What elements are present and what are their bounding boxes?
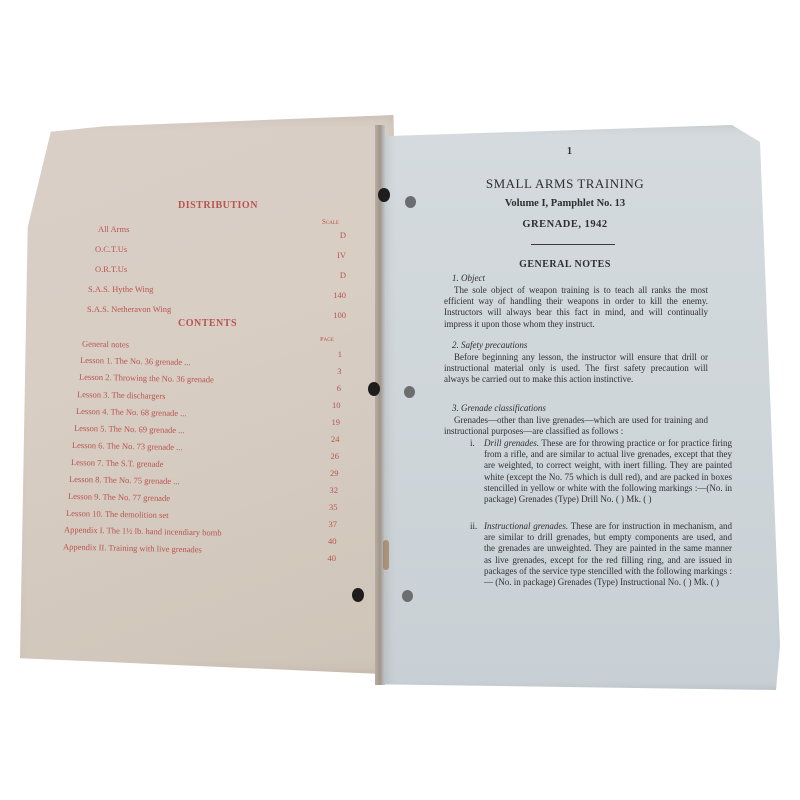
section-title: GENERAL NOTES bbox=[440, 259, 690, 270]
section-text-safety: Before beginning any lesson, the instruc… bbox=[444, 352, 708, 386]
contents-row-page: 29 bbox=[309, 468, 339, 478]
distribution-row-label: All Arms bbox=[98, 224, 129, 234]
contents-row-page: 1 bbox=[312, 349, 342, 359]
contents-row-page: 24 bbox=[310, 434, 340, 444]
contents-row-label: Lesson 10. The demolition set bbox=[66, 508, 169, 520]
open-pamphlet: DISTRIBUTION Scale All ArmsDO.C.T.UsIVO.… bbox=[0, 0, 800, 800]
distribution-row-label: O.C.T.Us bbox=[95, 244, 127, 254]
punch-hole bbox=[402, 590, 413, 602]
section-heading-object: 1. Object bbox=[452, 273, 485, 283]
distribution-row-label: S.A.S. Hythe Wing bbox=[88, 284, 153, 294]
drill-grenades-item: i. Drill grenades. These are for throwin… bbox=[484, 438, 732, 505]
page-column-header: Page bbox=[320, 336, 334, 343]
document-subtitle-2: GRENADE, 1942 bbox=[440, 219, 690, 230]
item-term: Instructional grenades. bbox=[484, 521, 568, 531]
distribution-row-value: 100 bbox=[316, 310, 346, 320]
distribution-row-value: D bbox=[316, 270, 346, 280]
contents-row-page: 10 bbox=[311, 400, 341, 410]
distribution-title: DISTRIBUTION bbox=[178, 200, 258, 211]
contents-row-page: 19 bbox=[310, 417, 340, 427]
contents-row-label: Lesson 7. The S.T. grenade bbox=[71, 457, 164, 469]
scale-column-header: Scale bbox=[322, 218, 339, 226]
title-rule bbox=[531, 244, 615, 245]
item-number: ii. bbox=[470, 521, 477, 532]
right-page bbox=[380, 125, 780, 690]
rust-stain bbox=[383, 540, 389, 570]
contents-title: CONTENTS bbox=[178, 318, 237, 329]
contents-row-page: 32 bbox=[308, 485, 338, 495]
distribution-row-value: IV bbox=[316, 250, 346, 260]
distribution-row-value: 140 bbox=[316, 290, 346, 300]
distribution-row-label: S.A.S. Netheravon Wing bbox=[87, 304, 171, 314]
spine bbox=[375, 125, 385, 685]
page-number: 1 bbox=[567, 146, 572, 157]
contents-row-page: 35 bbox=[308, 502, 338, 512]
contents-row-page: 3 bbox=[312, 366, 342, 376]
section-heading-safety: 2. Safety precautions bbox=[452, 340, 527, 350]
punch-hole bbox=[405, 196, 416, 208]
punch-hole bbox=[352, 588, 364, 602]
contents-row-label: Lesson 9. The No. 77 grenade bbox=[68, 491, 170, 503]
section-heading-classifications: 3. Grenade classifications bbox=[452, 403, 546, 413]
item-number: i. bbox=[470, 438, 475, 449]
contents-row-page: 40 bbox=[307, 536, 337, 546]
section-text-object: The sole object of weapon training is to… bbox=[444, 285, 708, 330]
contents-row-page: 6 bbox=[311, 383, 341, 393]
contents-row-label: Lesson 3. The dischargers bbox=[77, 389, 166, 401]
item-term: Drill grenades. bbox=[484, 438, 539, 448]
section-text-classifications: Grenades—other than live grenades—which … bbox=[444, 415, 708, 437]
punch-hole bbox=[368, 382, 380, 396]
contents-row-page: 37 bbox=[307, 519, 337, 529]
distribution-row-value: D bbox=[316, 230, 346, 240]
document-subtitle: Volume I, Pamphlet No. 13 bbox=[440, 198, 690, 209]
instructional-grenades-item: ii. Instructional grenades. These are fo… bbox=[484, 521, 732, 588]
punch-hole bbox=[378, 188, 390, 202]
distribution-row-label: O.R.T.Us bbox=[95, 264, 127, 274]
document-title: SMALL ARMS TRAINING bbox=[440, 176, 690, 192]
contents-row-page: 40 bbox=[306, 553, 336, 563]
contents-row-page: 26 bbox=[309, 451, 339, 461]
punch-hole bbox=[404, 386, 415, 398]
contents-row-label: General notes bbox=[82, 339, 129, 350]
